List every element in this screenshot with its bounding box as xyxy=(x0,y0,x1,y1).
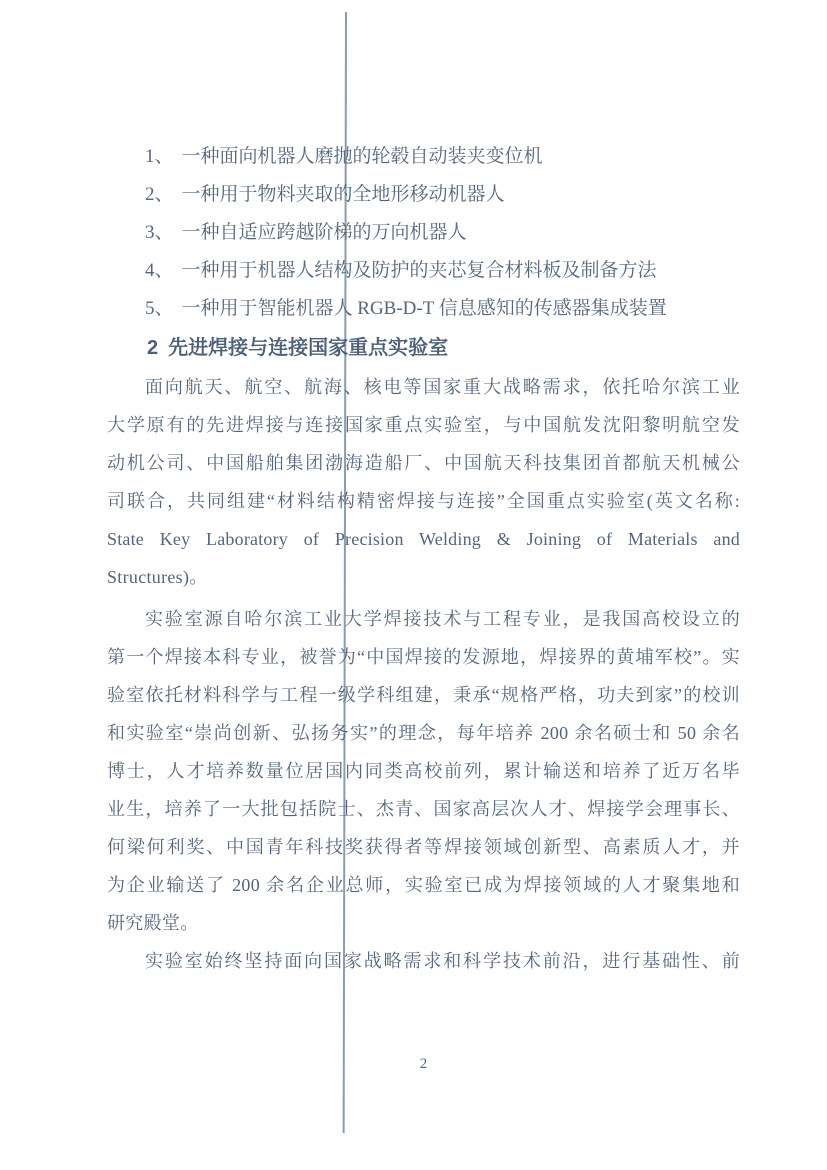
text-line: 博士，人才培养数量位居国内同类高校前列，累计输送和培养了近万名毕 xyxy=(107,752,740,790)
patent-item-title: 一种用于机器人结构及防护的夹芯复合材料板及制备方法 xyxy=(182,260,657,281)
text-line: 和实验室“崇尚创新、弘扬务实”的理念，每年培养 200 余名硕士和 50 余名 xyxy=(107,714,740,752)
patent-item-number: 4、 xyxy=(145,260,174,281)
text-line: 实验室源自哈尔滨工业大学焊接技术与工程专业，是我国高校设立的 xyxy=(107,600,740,638)
paragraph-lab-founding: 面向航天、航空、航海、核电等国家重大战略需求，依托哈尔滨工业 大学原有的先进焊接… xyxy=(107,368,740,596)
patent-item-title: 一种自适应跨越阶梯的万向机器人 xyxy=(182,222,467,243)
text-line: 面向航天、航空、航海、核电等国家重大战略需求，依托哈尔滨工业 xyxy=(107,368,740,406)
patent-item-number: 2、 xyxy=(145,184,174,205)
text-line: 何梁何利奖、中国青年科技奖获得者等焊接领域创新型、高素质人才，并 xyxy=(107,828,740,866)
patent-item-title: 一种用于物料夹取的全地形移动机器人 xyxy=(182,184,505,205)
patent-item-title: 一种面向机器人磨抛的轮毂自动装夹变位机 xyxy=(182,146,543,167)
page-number: 2 xyxy=(107,1056,740,1073)
text-line: 第一个焊接本科专业，被誉为“中国焊接的发源地，焊接界的黄埔军校”。实 xyxy=(107,638,740,676)
document-page: 1、一种面向机器人磨抛的轮毂自动装夹变位机 2、一种用于物料夹取的全地形移动机器… xyxy=(0,0,827,1170)
patent-item-number: 1、 xyxy=(145,146,174,167)
page-content: 1、一种面向机器人磨抛的轮毂自动装夹变位机 2、一种用于物料夹取的全地形移动机器… xyxy=(107,138,740,980)
text-line: 为企业输送了 200 余名企业总师，实验室已成为焊接领域的人才聚集地和 xyxy=(107,866,740,904)
patent-list-item: 3、一种自适应跨越阶梯的万向机器人 xyxy=(107,214,740,252)
paragraph-lab-mission: 实验室始终坚持面向国家战略需求和科学技术前沿，进行基础性、前 xyxy=(107,942,740,980)
text-line: 实验室始终坚持面向国家战略需求和科学技术前沿，进行基础性、前 xyxy=(107,942,740,980)
text-line: Structures)。 xyxy=(107,558,740,596)
section-number: 2 xyxy=(147,337,158,359)
text-line: 验室依托材料科学与工程一级学科组建，秉承“规格严格，功夫到家”的校训 xyxy=(107,676,740,714)
text-line: 司联合，共同组建“材料结构精密焊接与连接”全国重点实验室(英文名称: xyxy=(107,482,740,520)
patent-list-item: 1、一种面向机器人磨抛的轮毂自动装夹变位机 xyxy=(107,138,740,176)
patent-item-number: 3、 xyxy=(145,222,174,243)
section-heading: 2先进焊接与连接国家重点实验室 xyxy=(107,328,740,368)
text-line: 业生，培养了一大批包括院士、杰青、国家高层次人才、焊接学会理事长、 xyxy=(107,790,740,828)
patent-list-item: 4、一种用于机器人结构及防护的夹芯复合材料板及制备方法 xyxy=(107,252,740,290)
patent-item-number: 5、 xyxy=(145,298,174,319)
patent-item-title: 一种用于智能机器人 RGB-D-T 信息感知的传感器集成装置 xyxy=(182,298,667,319)
patent-list-item: 2、一种用于物料夹取的全地形移动机器人 xyxy=(107,176,740,214)
paragraph-lab-history: 实验室源自哈尔滨工业大学焊接技术与工程专业，是我国高校设立的 第一个焊接本科专业… xyxy=(107,600,740,942)
text-line: 动机公司、中国船舶集团渤海造船厂、中国航天科技集团首都航天机械公 xyxy=(107,444,740,482)
patent-list: 1、一种面向机器人磨抛的轮毂自动装夹变位机 2、一种用于物料夹取的全地形移动机器… xyxy=(107,138,740,328)
text-line: State Key Laboratory of Precision Weldin… xyxy=(107,520,740,558)
section-title: 先进焊接与连接国家重点实验室 xyxy=(168,337,448,359)
text-line: 研究殿堂。 xyxy=(107,904,740,942)
text-line: 大学原有的先进焊接与连接国家重点实验室，与中国航发沈阳黎明航空发 xyxy=(107,406,740,444)
patent-list-item: 5、一种用于智能机器人 RGB-D-T 信息感知的传感器集成装置 xyxy=(107,290,740,328)
